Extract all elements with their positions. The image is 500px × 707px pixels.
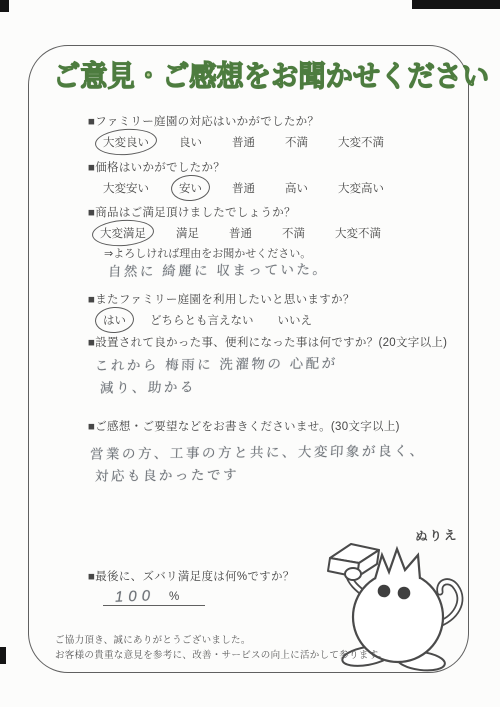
option: 良い [179,134,202,150]
option: 安い [179,180,202,196]
option: どちらとも言えない [150,312,254,328]
question-label-comments: ■ご感想・ご要望などをお書きくださいませ。(30文字以上) [88,418,400,434]
scanned-survey-page: ご意見・ご感想をお聞かせください ■ファミリー庭園の対応はいかがでしたか？ 大変… [0,0,500,707]
option: 高い [285,180,308,196]
option: 大変良い [103,134,149,150]
q6-handwritten-line1: 営業の方、工事の方と共に、大変印象が良く、 [90,439,427,463]
q4-options: はい どちらとも言えない いいえ [103,312,312,328]
q3-handwritten-answer: 自然に 綺麗に 収まっていた。 [108,258,329,280]
footer-improvement-line: お客様の貴重な意見を参考に、改善・サービスの向上に活かして参ります。 [55,647,387,661]
q2-options: 大変安い 安い 普通 高い 大変高い [103,180,384,196]
option: 普通 [232,180,255,196]
option: 大変安い [103,180,149,196]
option: 不満 [285,134,308,150]
footer-thanks-line: ご協力頂き、誠にありがとうございました。 [55,632,251,646]
scan-artifact [412,0,500,9]
q1-options: 大変良い 良い 普通 不満 大変不満 [103,134,384,150]
option: 大変満足 [100,225,146,241]
q6-handwritten-line2: 対応も良かったです [95,463,240,485]
option: 大変不満 [338,134,384,150]
scan-artifact [0,647,6,664]
q3-options: 大変満足 満足 普通 不満 大変不満 [100,225,381,241]
mascot-eye [378,585,391,598]
option: いいえ [278,312,313,328]
q5-handwritten-line2: 減り、助かる [100,375,197,396]
option: 不満 [282,225,305,241]
satisfaction-handwritten-value: 100 [115,587,156,605]
option: はい [103,312,126,328]
question-label-product: ■商品はご満足頂けましたでしょうか？ [88,204,296,220]
option: 大変高い [338,180,384,196]
question-label-reuse: ■またファミリー庭園を利用したいと思いますか？ [88,291,355,307]
scan-artifact [0,0,9,12]
question-label-benefit: ■設置されて良かった事、便利になった事は何ですか？(20文字以上) [88,334,447,350]
question-label-price: ■価格はいかがでしたか？ [88,159,225,175]
form-title: ご意見・ご感想をお聞かせください [53,54,448,95]
option: 普通 [229,225,252,241]
option: 普通 [232,134,255,150]
question-label-response: ■ファミリー庭園の対応はいかがでしたか？ [88,113,319,129]
q5-handwritten-line1: これから 梅雨に 洗濯物の 心配が [95,352,339,375]
option: 満足 [176,225,199,241]
satisfaction-answer-line: 100 % [103,586,205,606]
percent-unit-label: % [169,590,179,605]
mascot-eye [398,587,411,600]
question-label-satisfaction: ■最後に、ズバリ満足度は何%ですか？ [88,568,295,584]
option: 大変不満 [335,225,381,241]
